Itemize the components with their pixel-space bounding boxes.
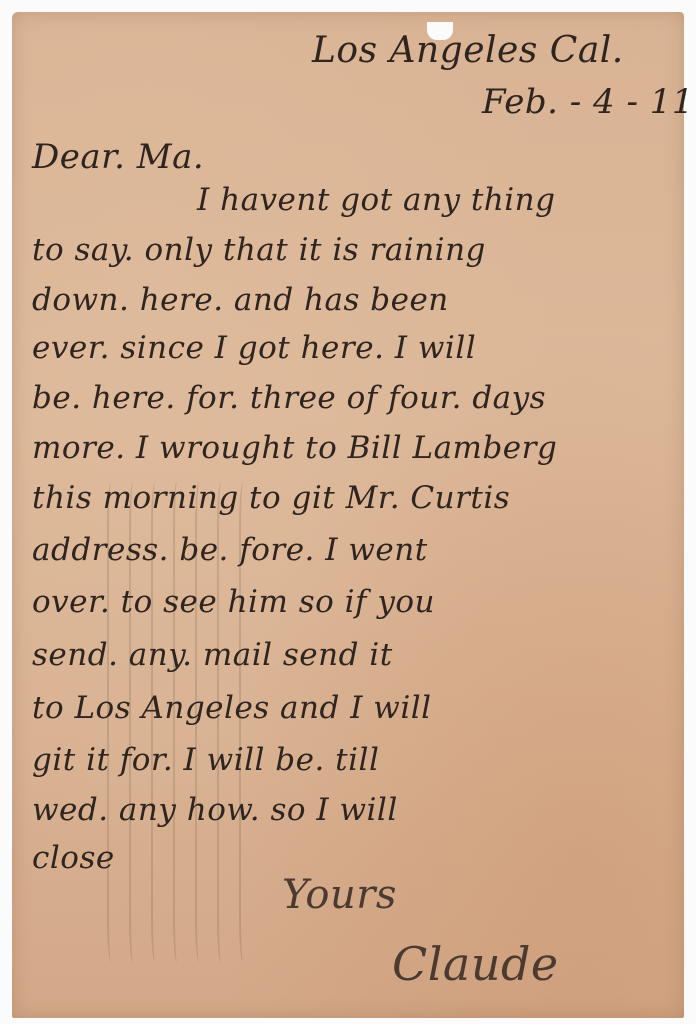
body-line: ever. since I got here. I will	[32, 330, 476, 366]
heading-place: Los Angeles Cal.	[312, 30, 624, 71]
postcard: Los Angeles Cal. Feb. - 4 - 11 Dear. Ma.…	[12, 12, 684, 1018]
body-line: I havent got any thing	[197, 182, 555, 218]
signature: Claude	[392, 937, 559, 991]
body-line: to Los Angeles and I will	[32, 690, 432, 726]
body-line: this morning to git Mr. Curtis	[32, 480, 510, 516]
body-line: over. to see him so if you	[32, 584, 435, 620]
closing: Yours	[282, 872, 397, 918]
body-line: address. be. fore. I went	[32, 532, 428, 568]
body-line: git it for. I will be. till	[32, 742, 379, 778]
body-line: to say. only that it is raining	[32, 232, 486, 268]
body-line: send. any. mail send it	[32, 637, 393, 673]
heading-date: Feb. - 4 - 11	[482, 82, 694, 122]
body-line: down. here. and has been	[32, 282, 449, 318]
body-line: close	[32, 840, 115, 876]
body-line: wed. any how. so I will	[32, 792, 398, 828]
salutation: Dear. Ma.	[32, 137, 204, 177]
body-line: be. here. for. three of four. days	[32, 380, 546, 416]
body-line: more. I wrought to Bill Lamberg	[32, 430, 557, 466]
